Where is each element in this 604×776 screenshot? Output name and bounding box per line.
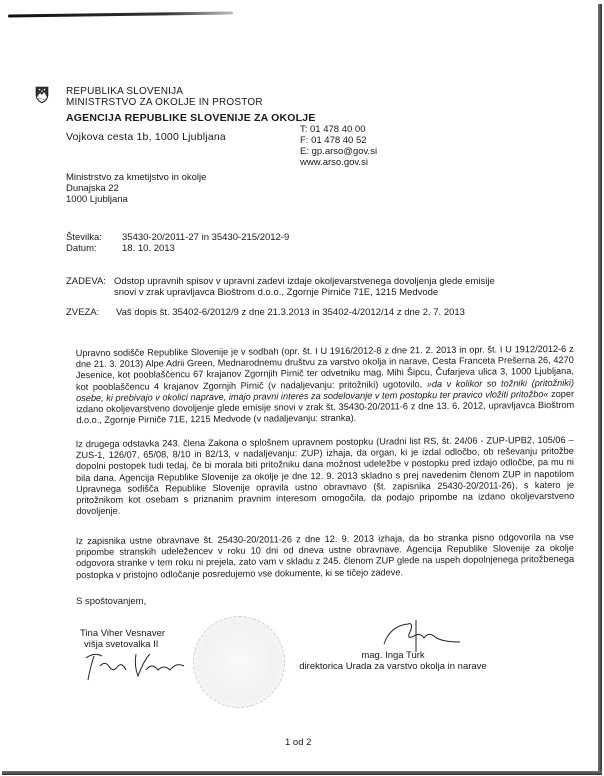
page-number: 1 od 2 — [285, 737, 311, 748]
recipient-street: Dunajska 22 — [66, 183, 206, 194]
page-shadow-bottom — [2, 771, 602, 775]
signature-left-icon — [80, 648, 190, 684]
subject-label: ZADEVA: — [66, 276, 114, 298]
subject-line-2: snovi v zrak upravljavca Bioštrom d.o.o.… — [114, 287, 495, 298]
letterhead-agency: AGENCIJA REPUBLIKE SLOVENIJE ZA OKOLJE — [66, 113, 316, 124]
signatory-left: Tina Viher Vesnaver višja svetovalka II — [80, 628, 165, 650]
letterhead-address: Vojkova cesta 1b, 1000 Ljubljana — [66, 132, 316, 143]
reference-block: ZVEZA: Vaš dopis št. 35402-6/2012/9 z dn… — [66, 307, 586, 318]
date-value: 18. 10. 2013 — [122, 243, 175, 254]
signature-right-icon — [380, 618, 470, 652]
recipient-city: 1000 Ljubljana — [66, 194, 206, 205]
letterhead-ministry: MINISTRSTVO ZA OKOLJE IN PROSTOR — [66, 97, 316, 108]
date-label: Datum: — [66, 243, 122, 254]
body-paragraph-1: Upravno sodišče Republike Slovenije je v… — [76, 344, 575, 427]
subject-block: ZADEVA: Odstop upravnih spisov v upravni… — [66, 276, 576, 298]
recipient-name: Ministrstvo za kmetijstvo in okolje — [66, 172, 206, 183]
document-meta: Številka: 35430-20/2011-27 in 35430-215/… — [66, 232, 289, 254]
letterhead: REPUBLIKA SLOVENIJA MINISTRSTVO ZA OKOLJ… — [66, 86, 316, 143]
contact-block: T: 01 478 40 00 F: 01 478 40 52 E: gp.ar… — [300, 124, 377, 168]
reference-label: ZVEZA: — [66, 307, 116, 318]
contact-email: E: gp.arso@gov.si — [300, 146, 377, 157]
letterhead-republic: REPUBLIKA SLOVENIJA — [66, 86, 316, 97]
contact-web: www.arso.gov.si — [300, 157, 377, 168]
contact-fax: F: 01 478 40 52 — [300, 135, 377, 146]
official-stamp — [193, 616, 285, 708]
body-paragraph-2: Iz drugega odstavka 243. člena Zakona o … — [76, 435, 575, 518]
page-shadow-right — [598, 4, 602, 774]
scan-mark — [8, 11, 233, 17]
number-value: 35430-20/2011-27 in 35430-215/2012-9 — [122, 232, 289, 243]
closing-salutation: S spoštovanjem, — [76, 596, 146, 607]
reference-text: Vaš dopis št. 35402-6/2012/9 z dne 21.3.… — [116, 307, 465, 318]
coat-of-arms-icon — [35, 86, 49, 104]
signatory-right-title: direktorica Urada za varstvo okolja in n… — [298, 661, 488, 672]
subject-line-1: Odstop upravnih spisov v upravni zadevi … — [114, 276, 495, 287]
body-paragraph-3: Iz zapisnika ustne obravnave št. 25430-2… — [76, 532, 574, 581]
signatory-right: mag. Inga Turk direktorica Urada za vars… — [298, 650, 488, 672]
contact-phone: T: 01 478 40 00 — [300, 124, 377, 135]
signatory-right-name: mag. Inga Turk — [298, 650, 488, 661]
recipient-address: Ministrstvo za kmetijstvo in okolje Duna… — [66, 172, 206, 205]
signatory-left-name: Tina Viher Vesnaver — [80, 628, 165, 639]
document-page: REPUBLIKA SLOVENIJA MINISTRSTVO ZA OKOLJ… — [0, 0, 600, 772]
number-label: Številka: — [66, 232, 122, 243]
